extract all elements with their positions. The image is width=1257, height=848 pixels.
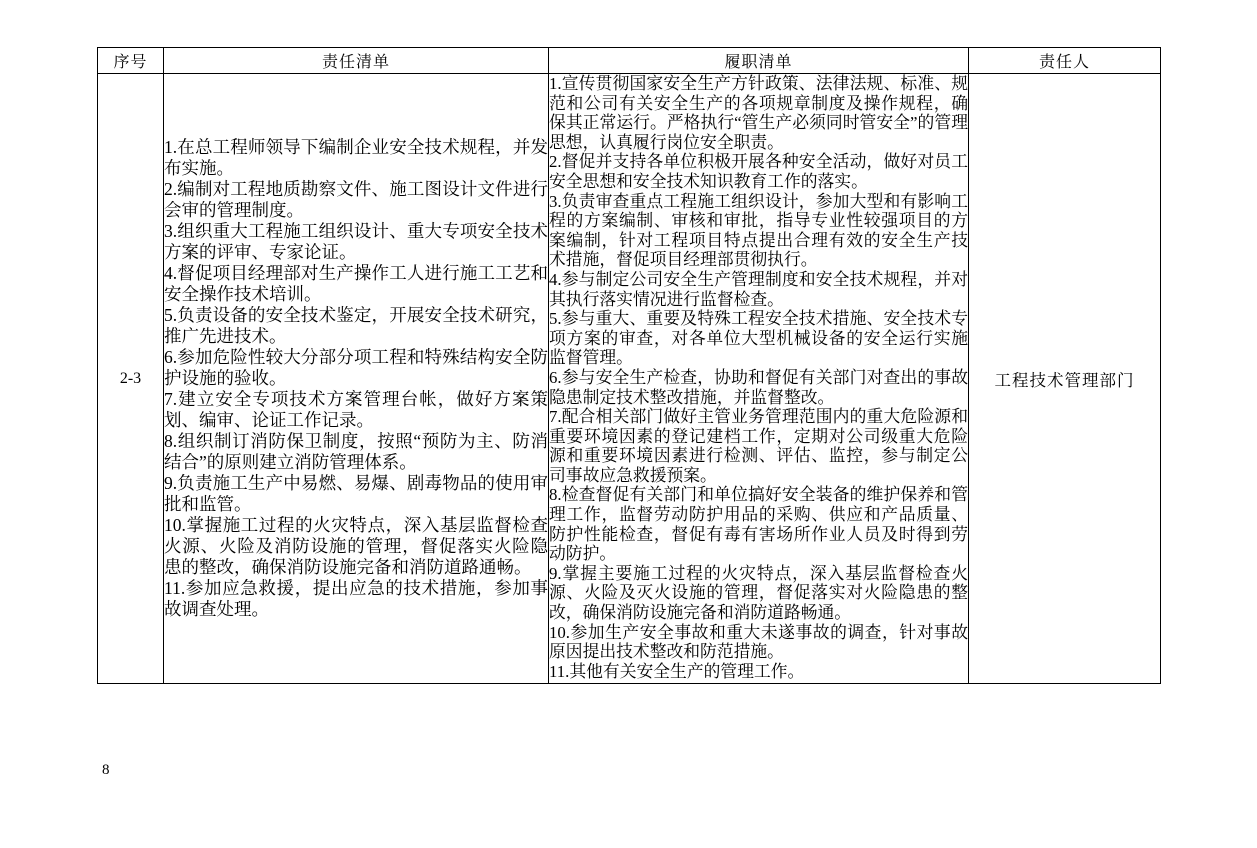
header-responsibility: 责任清单 — [164, 48, 549, 74]
list-item: 6.参加危险性较大分部分项工程和特殊结构安全防护设施的验收。 — [164, 347, 548, 389]
list-item: 11.其他有关安全生产的管理工作。 — [549, 662, 968, 682]
seq-cell: 2-3 — [98, 74, 164, 684]
list-item: 8.检查督促有关部门和单位搞好安全装备的维护保养和管理工作，监督劳动防护用品的采… — [549, 485, 968, 563]
list-item: 1.宣传贯彻国家安全生产方针政策、法律法规、标准、规范和公司有关安全生产的各项规… — [549, 74, 968, 152]
duty-list: 1.宣传贯彻国家安全生产方针政策、法律法规、标准、规范和公司有关安全生产的各项规… — [549, 74, 968, 681]
list-item: 7.建立安全专项技术方案管理台帐，做好方案策划、编审、论证工作记录。 — [164, 389, 548, 431]
list-item: 3.负责审查重点工程施工组织设计，参加大型和有影响工程的方案编制、审核和审批，指… — [549, 192, 968, 270]
table-row: 2-3 1.在总工程师领导下编制企业安全技术规程，并发布实施。2.编制对工程地质… — [98, 74, 1161, 684]
list-item: 7.配合相关部门做好主管业务管理范围内的重大危险源和重要环境因素的登记建档工作，… — [549, 407, 968, 485]
list-item: 5.负责设备的安全技术鉴定，开展安全技术研究，推广先进技术。 — [164, 305, 548, 347]
page-number: 8 — [102, 762, 110, 779]
duty-cell: 1.宣传贯彻国家安全生产方针政策、法律法规、标准、规范和公司有关安全生产的各项规… — [549, 74, 969, 684]
document-page: 序号 责任清单 履职清单 责任人 2-3 1.在总工程师领导下编制企业安全技术规… — [0, 0, 1257, 848]
list-item: 10.参加生产安全事故和重大未遂事故的调查，针对事故原因提出技术整改和防范措施。 — [549, 623, 968, 662]
header-seq: 序号 — [98, 48, 164, 74]
owner-cell: 工程技术管理部门 — [969, 74, 1161, 684]
header-owner: 责任人 — [969, 48, 1161, 74]
responsibility-cell: 1.在总工程师领导下编制企业安全技术规程，并发布实施。2.编制对工程地质勘察文件… — [164, 74, 549, 684]
list-item: 5.参与重大、重要及特殊工程安全技术措施、安全技术专项方案的审查，对各单位大型机… — [549, 309, 968, 368]
table-header-row: 序号 责任清单 履职清单 责任人 — [98, 48, 1161, 74]
list-item: 2.编制对工程地质勘察文件、施工图设计文件进行会审的管理制度。 — [164, 179, 548, 221]
list-item: 4.参与制定公司安全生产管理制度和安全技术规程，并对其执行落实情况进行监督检查。 — [549, 270, 968, 309]
list-item: 9.掌握主要施工过程的火灾特点，深入基层监督检查火源、火险及灭火设施的管理，督促… — [549, 564, 968, 623]
responsibility-table: 序号 责任清单 履职清单 责任人 2-3 1.在总工程师领导下编制企业安全技术规… — [97, 47, 1161, 684]
list-item: 3.组织重大工程施工组织设计、重大专项安全技术方案的评审、专家论证。 — [164, 221, 548, 263]
list-item: 4.督促项目经理部对生产操作工人进行施工工艺和安全操作技术培训。 — [164, 263, 548, 305]
list-item: 1.在总工程师领导下编制企业安全技术规程，并发布实施。 — [164, 137, 548, 179]
list-item: 11.参加应急救援，提出应急的技术措施，参加事故调查处理。 — [164, 578, 548, 620]
list-item: 9.负责施工生产中易燃、易爆、剧毒物品的使用审批和监管。 — [164, 473, 548, 515]
header-duty: 履职清单 — [549, 48, 969, 74]
list-item: 6.参与安全生产检查，协助和督促有关部门对查出的事故隐患制定技术整改措施，并监督… — [549, 368, 968, 407]
list-item: 10.掌握施工过程的火灾特点，深入基层监督检查火源、火险及消防设施的管理，督促落… — [164, 515, 548, 578]
list-item: 8.组织制订消防保卫制度，按照“预防为主、防消结合”的原则建立消防管理体系。 — [164, 431, 548, 473]
list-item: 2.督促并支持各单位积极开展各种安全活动，做好对员工安全思想和安全技术知识教育工… — [549, 152, 968, 191]
responsibility-list: 1.在总工程师领导下编制企业安全技术规程，并发布实施。2.编制对工程地质勘察文件… — [164, 137, 548, 620]
